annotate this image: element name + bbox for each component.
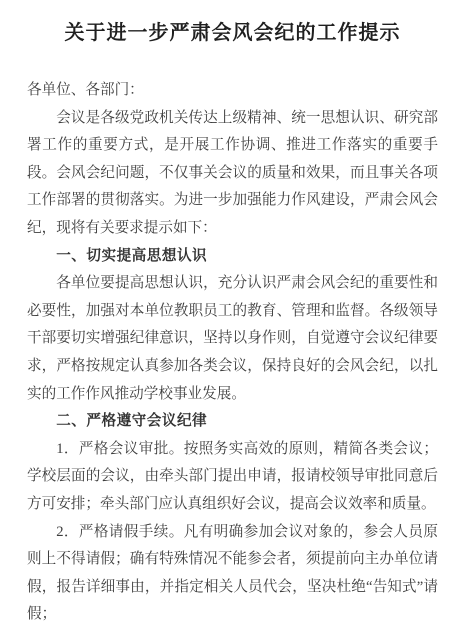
section-heading-1: 一、切实提高思想认识	[27, 243, 438, 271]
document-page: 关于进一步严肃会风会纪的工作提示 各单位、各部门： 会议是各级党政机关传达上级精…	[0, 0, 463, 629]
section-1-paragraph-1: 各单位要提高思想认识，充分认识严肃会风会纪的重要性和必要性，加强对本单位教职员工…	[27, 270, 438, 408]
section-2-paragraph-1: 1．严格会议审批。按照务实高效的原则，精简各类会议；学校层面的会议，由牵头部门提…	[27, 436, 438, 519]
document-title: 关于进一步严肃会风会纪的工作提示	[27, 20, 438, 46]
intro-paragraph: 会议是各级党政机关传达上级精神、统一思想认识、研究部署工作的重要方式，是开展工作…	[27, 105, 438, 243]
section-heading-2: 二、严格遵守会议纪律	[27, 408, 438, 436]
salutation: 各单位、各部门：	[27, 77, 438, 105]
section-2-paragraph-2: 2．严格请假手续。凡有明确参加会议对象的，参会人员原则上不得请假；确有特殊情况不…	[27, 519, 438, 629]
